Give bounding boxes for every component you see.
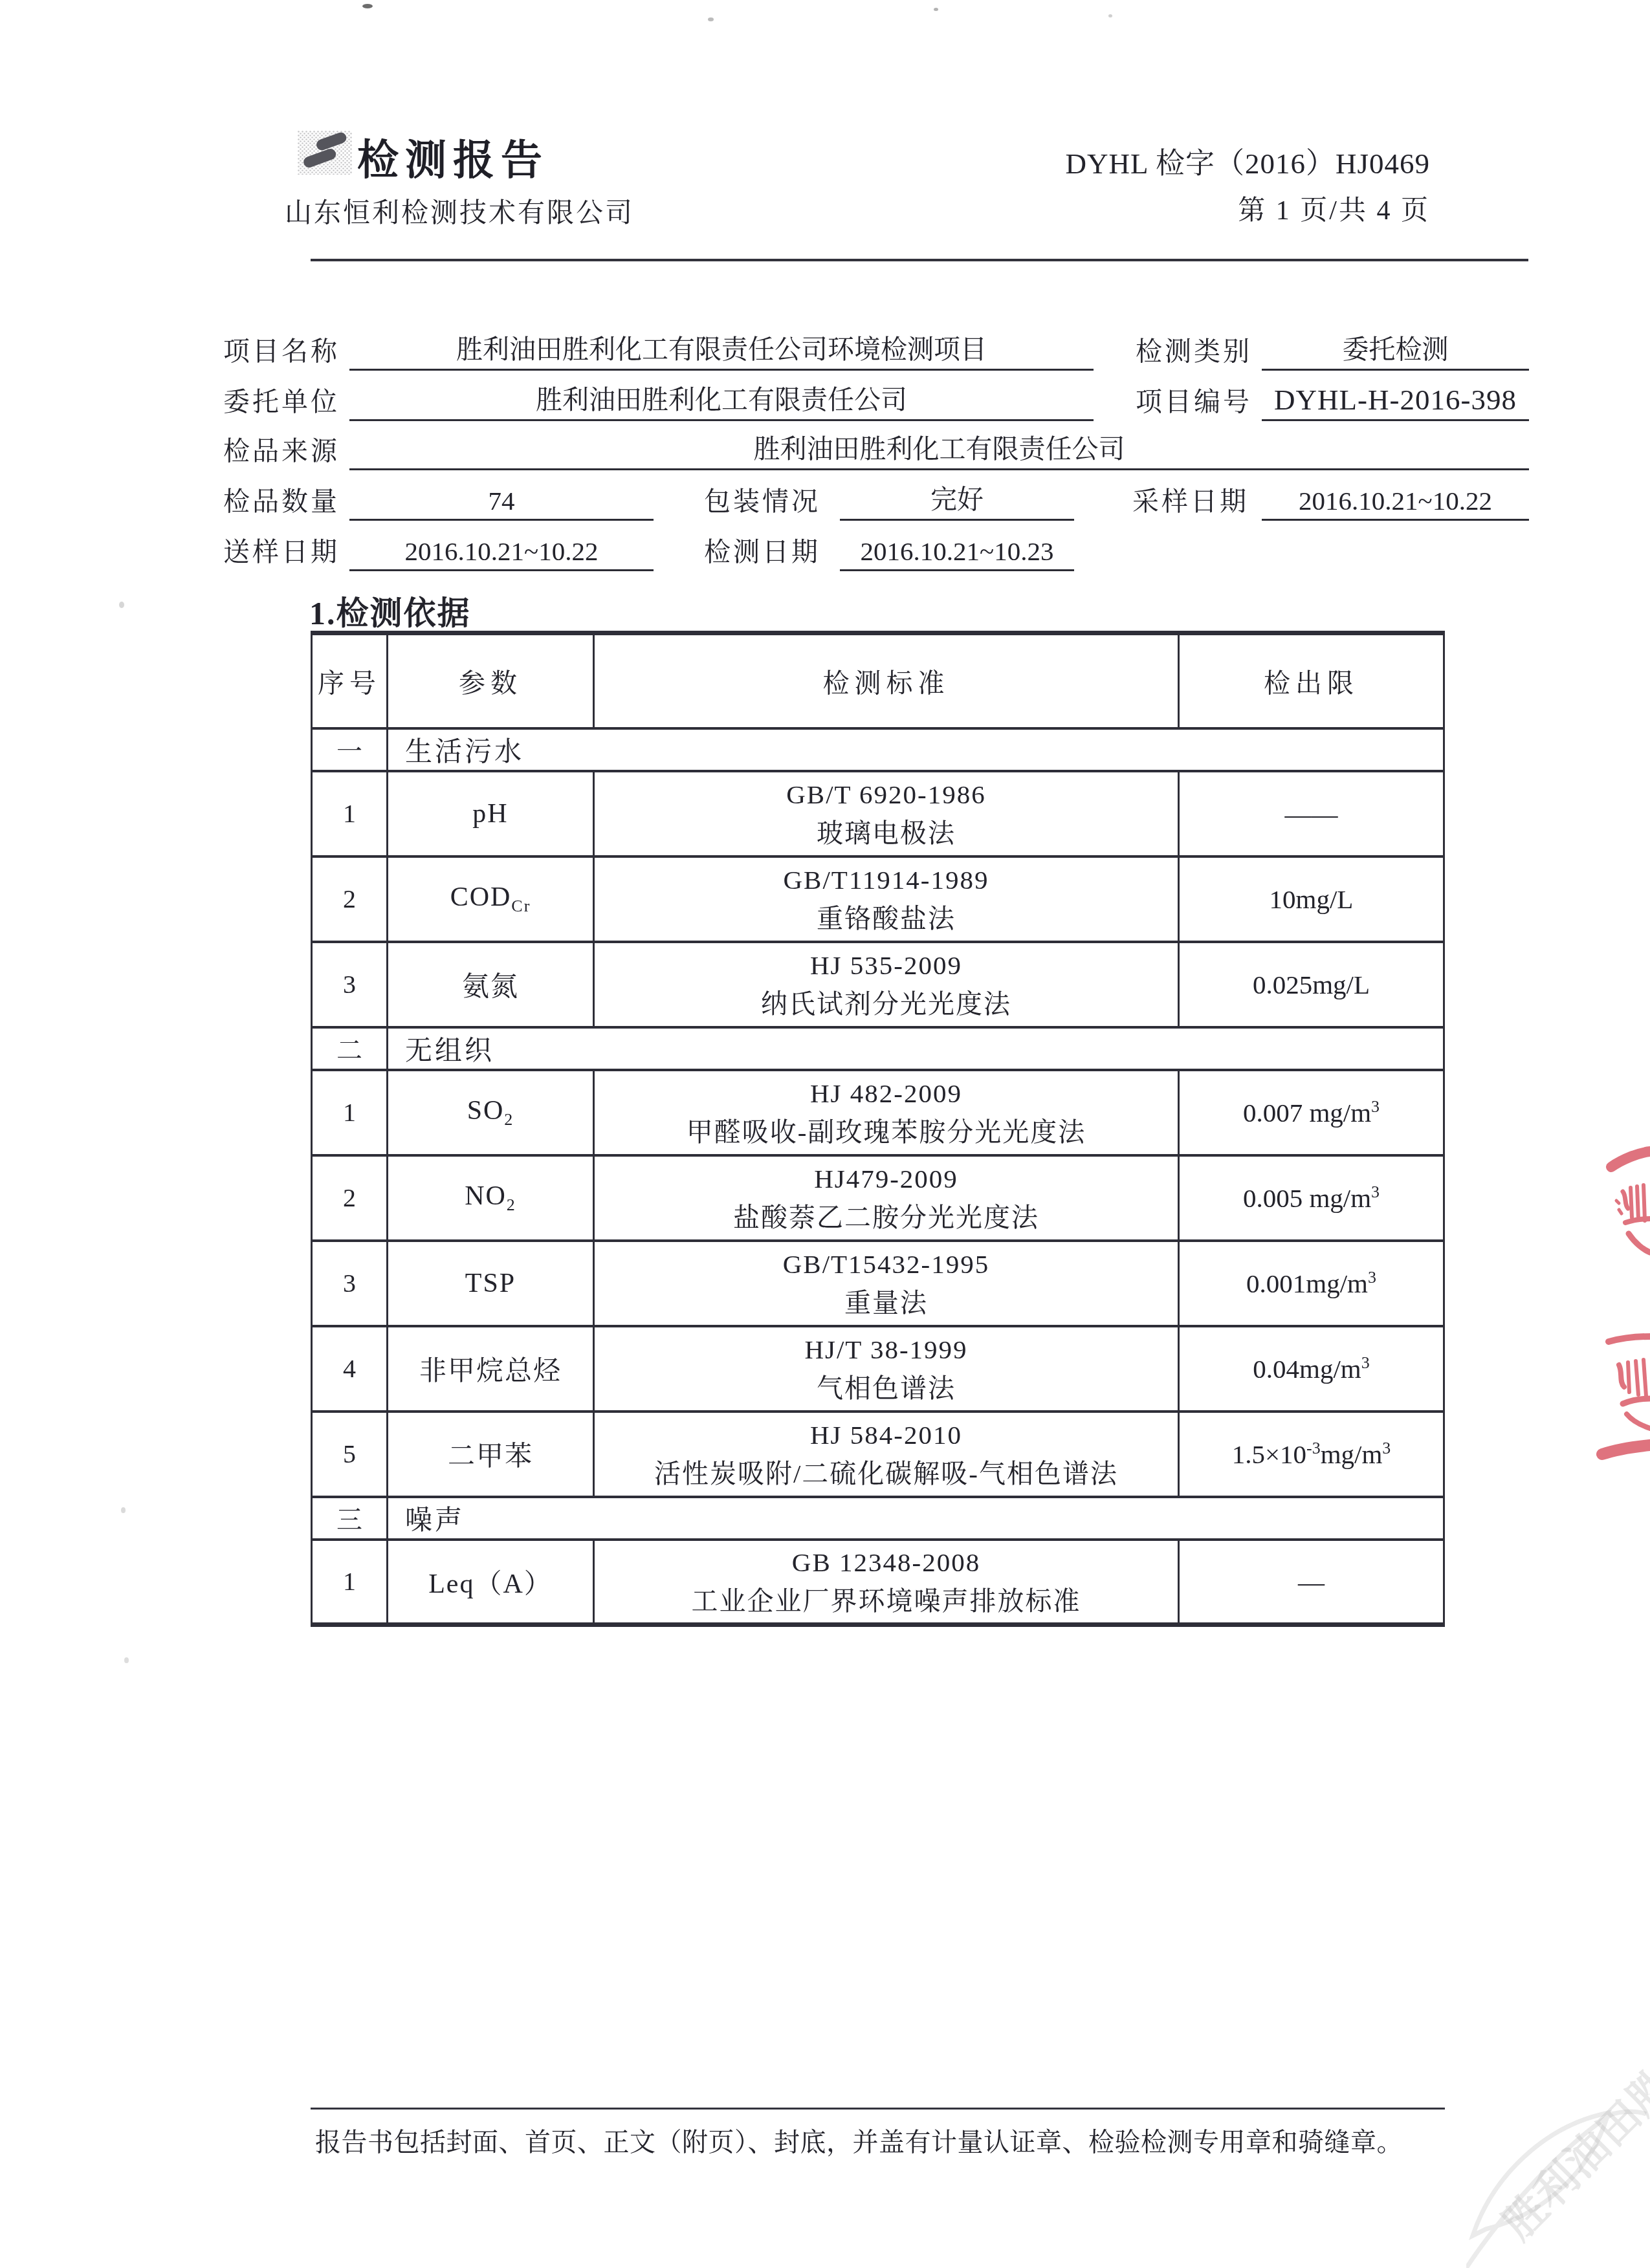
table-row-data: 1pHGB/T 6920-1986玻璃电极法——: [312, 771, 1444, 856]
cell-standard: GB 12348-2008工业企业厂界环境噪声排放标准: [594, 1540, 1179, 1625]
scan-noise: [708, 17, 714, 21]
cell-no: 4: [312, 1326, 388, 1412]
table-row-data: 1SO2HJ 482-2009甲醛吸收-副玫瑰苯胺分光光度法0.007 mg/m…: [312, 1070, 1444, 1155]
cell-section-no: 三: [312, 1497, 388, 1540]
cell-param: 氨氮: [388, 942, 594, 1027]
red-seal-fragment-bottom: [1585, 1327, 1650, 1470]
form-value-project-no: DYHL-H-2016-398: [1262, 371, 1529, 421]
table-row-data: 3TSPGB/T15432-1995重量法0.001mg/m3: [312, 1241, 1444, 1326]
cell-standard: GB/T15432-1995重量法: [594, 1241, 1179, 1326]
cell-param: Leq（A）: [388, 1540, 594, 1625]
cell-no: 5: [312, 1412, 388, 1497]
form-label-project-name: 项目名称: [223, 330, 340, 368]
footer-note: 报告书包括封面、首页、正文（附页）、封底，并盖有计量认证章、检验检测专用章和骑缝…: [315, 2122, 1403, 2159]
cell-no: 3: [312, 1241, 388, 1326]
cell-section-no: 二: [312, 1027, 388, 1070]
scan-noise: [124, 1657, 129, 1663]
col-header-param: 参数: [388, 633, 594, 728]
cell-section-name: 无组织: [388, 1027, 1444, 1070]
cell-no: 2: [312, 856, 388, 942]
cell-param: CODCr: [388, 856, 594, 942]
cell-limit: 0.007 mg/m3: [1179, 1070, 1444, 1155]
page-number: 第 1 页/共 4 页: [1009, 189, 1430, 228]
cell-standard: HJ 535-2009纳氏试剂分光光度法: [594, 942, 1179, 1027]
table-row-data: 1Leq（A）GB 12348-2008工业企业厂界环境噪声排放标准—: [312, 1540, 1444, 1625]
cell-limit: 0.025mg/L: [1179, 942, 1444, 1027]
cell-no: 1: [312, 1070, 388, 1155]
form-value-delivery-date: 2016.10.21~10.22: [349, 521, 654, 571]
cell-param: TSP: [388, 1241, 594, 1326]
col-header-no: 序号: [312, 633, 388, 728]
cell-standard: HJ 584-2010活性炭吸附/二硫化碳解吸-气相色谱法: [594, 1412, 1179, 1497]
cell-param: pH: [388, 771, 594, 856]
form-label-sample-count: 检品数量: [223, 480, 340, 518]
cell-limit: ——: [1179, 771, 1444, 856]
cell-no: 1: [312, 1540, 388, 1625]
cell-standard: GB/T 6920-1986玻璃电极法: [594, 771, 1179, 856]
table-header-row: 序号 参数 检测标准 检出限: [312, 633, 1444, 728]
cell-no: 1: [312, 771, 388, 856]
cell-limit: 0.005 mg/m3: [1179, 1155, 1444, 1241]
cell-limit: 10mg/L: [1179, 856, 1444, 942]
form-value-test-category: 委托检测: [1262, 321, 1529, 371]
table-row-section: 二无组织: [312, 1027, 1444, 1070]
form-value-sampling-date: 2016.10.21~10.22: [1262, 471, 1529, 521]
cell-standard: HJ479-2009盐酸萘乙二胺分光光度法: [594, 1155, 1179, 1241]
cell-param: NO2: [388, 1155, 594, 1241]
red-seal-fragment-top: [1593, 1146, 1650, 1276]
cell-param: 二甲苯: [388, 1412, 594, 1497]
table-row-data: 2NO2HJ479-2009盐酸萘乙二胺分光光度法0.005 mg/m3: [312, 1155, 1444, 1241]
document-number: DYHL 检字（2016）HJ0469: [996, 140, 1430, 182]
cell-limit: 1.5×10-3mg/m3: [1179, 1412, 1444, 1497]
cell-section-name: 噪声: [388, 1497, 1444, 1540]
col-header-standard: 检测标准: [594, 633, 1179, 728]
cell-section-no: 一: [312, 728, 388, 771]
scan-noise: [1108, 14, 1112, 17]
cell-standard: HJ 482-2009甲醛吸收-副玫瑰苯胺分光光度法: [594, 1070, 1179, 1155]
report-title: 检测报告: [357, 127, 549, 186]
col-header-limit: 检出限: [1179, 633, 1444, 728]
cell-standard: GB/T11914-1989重铬酸盐法: [594, 856, 1179, 942]
section-title-test-basis: 1.检测依据: [309, 587, 471, 634]
cell-no: 2: [312, 1155, 388, 1241]
footer-divider: [311, 2108, 1445, 2110]
form-label-packaging: 包装情况: [704, 480, 820, 518]
table-row-data: 5二甲苯HJ 584-2010活性炭吸附/二硫化碳解吸-气相色谱法1.5×10-…: [312, 1412, 1444, 1497]
cell-limit: 0.001mg/m3: [1179, 1241, 1444, 1326]
scan-noise: [934, 8, 938, 11]
table-row-data: 2CODCrGB/T11914-1989重铬酸盐法10mg/L: [312, 856, 1444, 942]
cell-standard: HJ/T 38-1999气相色谱法: [594, 1326, 1179, 1412]
table-row-data: 4非甲烷总烃HJ/T 38-1999气相色谱法0.04mg/m3: [312, 1326, 1444, 1412]
form-value-sample-source: 胜利油田胜利化工有限责任公司: [349, 420, 1529, 470]
cell-param: 非甲烷总烃: [388, 1326, 594, 1412]
form-value-project-name: 胜利油田胜利化工有限责任公司环境检测项目: [349, 321, 1094, 371]
scanned-report-page: { "page": {"ink_color": "#23232b", "pape…: [0, 0, 1650, 2268]
form-value-client: 胜利油田胜利化工有限责任公司: [349, 371, 1094, 421]
form-value-sample-count: 74: [349, 471, 654, 521]
scan-noise: [119, 602, 124, 608]
scan-noise: [362, 4, 373, 8]
form-label-client: 委托单位: [223, 380, 340, 419]
form-label-sample-source: 检品来源: [223, 430, 340, 468]
cell-param: SO2: [388, 1070, 594, 1155]
header-divider: [311, 259, 1528, 261]
table-row-section: 一生活污水: [312, 728, 1444, 771]
form-label-test-category: 检测类别: [1136, 330, 1252, 368]
cell-no: 3: [312, 942, 388, 1027]
form-label-delivery-date: 送样日期: [223, 530, 340, 569]
form-value-packaging: 完好: [840, 471, 1074, 521]
scan-noise: [121, 1507, 126, 1513]
table-row-section: 三噪声: [312, 1497, 1444, 1540]
cell-section-name: 生活污水: [388, 728, 1444, 771]
form-value-test-date: 2016.10.21~10.23: [840, 521, 1074, 571]
cell-limit: —: [1179, 1540, 1444, 1625]
company-name: 山东恒利检测技术有限公司: [285, 191, 634, 230]
basis-table-body: 一生活污水1pHGB/T 6920-1986玻璃电极法——2CODCrGB/T1…: [312, 728, 1444, 1625]
company-logo-icon: [298, 131, 352, 175]
table-row-data: 3氨氮HJ 535-2009纳氏试剂分光光度法0.025mg/L: [312, 942, 1444, 1027]
test-basis-table: 序号 参数 检测标准 检出限 一生活污水1pHGB/T 6920-1986玻璃电…: [311, 631, 1445, 1627]
form-label-test-date: 检测日期: [704, 530, 820, 569]
form-label-sampling-date: 采样日期: [1132, 480, 1249, 518]
cell-limit: 0.04mg/m3: [1179, 1326, 1444, 1412]
form-label-project-no: 项目编号: [1136, 380, 1252, 419]
